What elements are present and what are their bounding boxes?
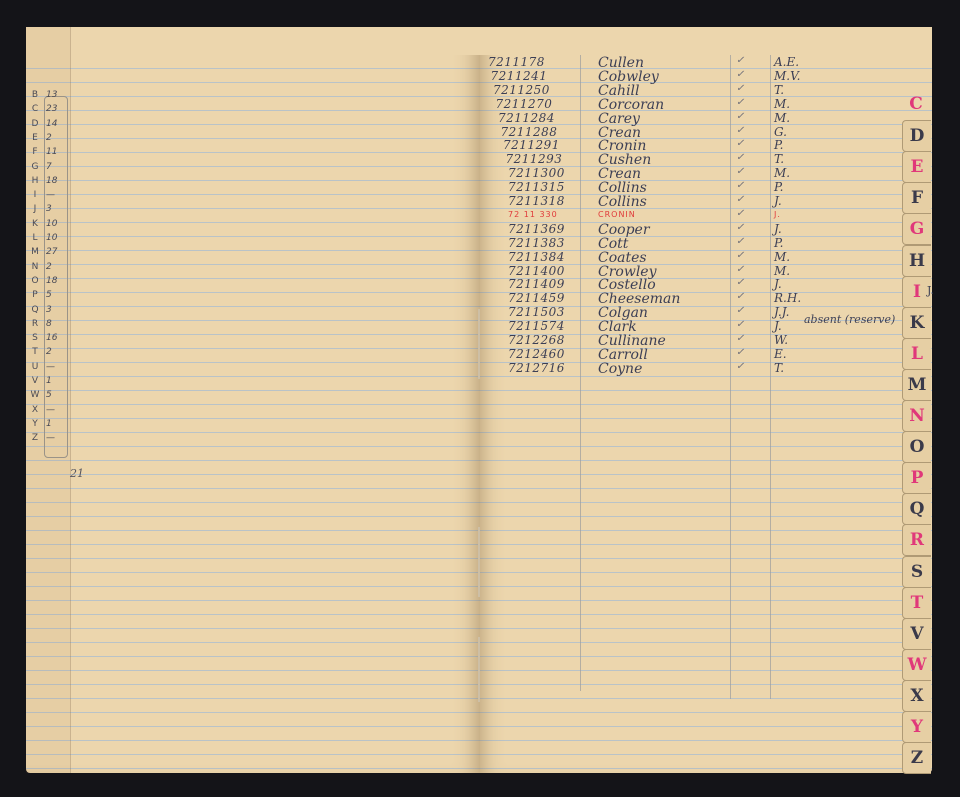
index-letter: Y: [30, 419, 40, 429]
index-tab-g[interactable]: G: [902, 213, 931, 245]
register-entry: 72 11 330CRONIN✓J.: [26, 208, 886, 222]
index-row: V1: [26, 375, 72, 389]
index-tab-h[interactable]: H: [902, 245, 931, 277]
initials: M.: [774, 264, 790, 278]
notebook-spread: B13C23D14E2F11G7H18I—J3K10L10M27N2O18P5Q…: [26, 27, 932, 773]
register-entry: 7211574Clark✓J.: [26, 319, 886, 333]
index-tab-q[interactable]: Q: [902, 493, 931, 525]
service-number: 7211270: [496, 97, 553, 111]
index-tab-s[interactable]: S: [902, 556, 931, 588]
register-entry: 7211288Crean✓G.: [26, 125, 886, 139]
register-entry: 7211293Cushen✓T.: [26, 152, 886, 166]
index-row: X—: [26, 404, 72, 418]
service-number: 7211300: [508, 166, 565, 180]
check-mark-icon: ✓: [736, 55, 744, 66]
service-number: 7211503: [508, 305, 565, 319]
initials: M.: [774, 250, 790, 264]
binding-stitch: [478, 637, 480, 702]
register-entry: 7211400Crowley✓M.: [26, 264, 886, 278]
initials: J.: [774, 210, 781, 219]
register-entry: 7212460Carroll✓E.: [26, 347, 886, 361]
initials: J.: [774, 277, 782, 291]
index-tab-v[interactable]: V: [902, 618, 931, 650]
service-number: 7211178: [488, 55, 545, 69]
index-letter: W: [30, 390, 40, 400]
service-number: 7211288: [501, 125, 558, 139]
check-mark-icon: ✓: [736, 152, 744, 163]
register-entry: 7211270Corcoran✓M.: [26, 97, 886, 111]
index-count: 5: [46, 390, 52, 400]
index-tab-k[interactable]: K: [902, 307, 931, 339]
check-mark-icon: ✓: [736, 305, 744, 316]
initials: M.: [774, 97, 790, 111]
check-mark-icon: ✓: [736, 208, 744, 219]
index-tab-w[interactable]: W: [902, 649, 931, 681]
service-number: 7211459: [508, 291, 565, 305]
service-number: 7211383: [508, 236, 565, 250]
index-tab-n[interactable]: N: [902, 400, 931, 432]
remark-absent: absent (reserve): [804, 313, 895, 326]
service-number: 7211293: [506, 152, 563, 166]
index-count: —: [46, 433, 55, 443]
service-number: 7212716: [508, 361, 565, 375]
check-mark-icon: ✓: [736, 166, 744, 177]
index-letter: V: [30, 376, 40, 386]
index-count: —: [46, 405, 55, 415]
service-number: 7211250: [493, 83, 550, 97]
register-entry: 7211291Cronin✓P.: [26, 138, 886, 152]
service-number: 7211574: [508, 319, 565, 333]
index-tab-o[interactable]: O: [902, 431, 931, 463]
register-entry: 7211384Coates✓M.: [26, 250, 886, 264]
index-tab-f[interactable]: F: [902, 182, 931, 214]
initials: T.: [774, 152, 784, 166]
check-mark-icon: ✓: [736, 69, 744, 80]
initials: T.: [774, 83, 784, 97]
initials: R.H.: [774, 291, 801, 305]
tab-annotation: J.: [927, 284, 934, 297]
register-entry: 7212268Cullinane✓W.: [26, 333, 886, 347]
initials: J.J.: [774, 305, 789, 319]
register-entry: 7211300Crean✓M.: [26, 166, 886, 180]
service-number: 7212268: [508, 333, 565, 347]
check-mark-icon: ✓: [736, 111, 744, 122]
index-tab-c[interactable]: C: [902, 89, 930, 119]
register-entry: 7212716Coyne✓T.: [26, 361, 886, 375]
index-total: 21: [70, 467, 84, 480]
register-entry: 7211284Carey✓M.: [26, 111, 886, 125]
register-entry: 7211318Collins✓J.: [26, 194, 886, 208]
check-mark-icon: ✓: [736, 347, 744, 358]
index-tab-d[interactable]: D: [902, 120, 931, 152]
register-entry: 7211241Cobwley✓M.V.: [26, 69, 886, 83]
register-entry: 7211178Cullen✓A.E.: [26, 55, 886, 69]
service-number: 7211369: [508, 222, 565, 236]
initials: G.: [774, 125, 787, 139]
service-number: 7211291: [503, 138, 560, 152]
index-tab-z[interactable]: Z: [902, 742, 931, 774]
initials: P.: [774, 236, 783, 250]
initials: W.: [774, 333, 788, 347]
service-number: 7211315: [508, 180, 565, 194]
register-entry: 7211383Cott✓P.: [26, 236, 886, 250]
index-count: 1: [46, 376, 52, 386]
register-entry: 7211250Cahill✓T.: [26, 83, 886, 97]
register-entry: 7211369Cooper✓J.: [26, 222, 886, 236]
initials: J.: [774, 194, 782, 208]
check-mark-icon: ✓: [736, 277, 744, 288]
index-tab-t[interactable]: T: [902, 587, 931, 619]
service-number: 7211241: [491, 69, 548, 83]
check-mark-icon: ✓: [736, 180, 744, 191]
initials: M.: [774, 166, 790, 180]
initials: J.: [774, 319, 782, 333]
check-mark-icon: ✓: [736, 291, 744, 302]
check-mark-icon: ✓: [736, 250, 744, 261]
column-rule-name-lower: [580, 351, 581, 691]
check-mark-icon: ✓: [736, 222, 744, 233]
index-tab-p[interactable]: P: [902, 462, 931, 494]
index-letter: Z: [30, 433, 40, 443]
register-entry: 7211503Colgan✓J.J.: [26, 305, 886, 319]
check-mark-icon: ✓: [736, 83, 744, 94]
initials: M.V.: [774, 69, 800, 83]
initials: P.: [774, 180, 783, 194]
check-mark-icon: ✓: [736, 319, 744, 330]
service-number: 7211409: [508, 277, 565, 291]
page-top-margin: [480, 27, 932, 55]
initials: E.: [774, 347, 787, 361]
check-mark-icon: ✓: [736, 97, 744, 108]
initials: M.: [774, 111, 790, 125]
index-tab-x[interactable]: X: [902, 680, 931, 712]
surname: Coyne: [598, 361, 642, 377]
check-mark-icon: ✓: [736, 264, 744, 275]
index-row: Y1: [26, 418, 72, 432]
initials: A.E.: [774, 55, 799, 69]
service-number: 7211318: [508, 194, 565, 208]
index-row: Z—: [26, 432, 72, 446]
index-tab-r[interactable]: R: [902, 524, 931, 556]
index-count: 1: [46, 419, 52, 429]
initials: T.: [774, 361, 784, 375]
service-number: 7211284: [498, 111, 555, 125]
check-mark-icon: ✓: [736, 333, 744, 344]
register-entry: 7211409Costello✓J.: [26, 277, 886, 291]
index-tab-l[interactable]: L: [902, 338, 931, 370]
index-tab-y[interactable]: Y: [902, 711, 931, 743]
check-mark-icon: ✓: [736, 125, 744, 136]
register-entry: 7211315Collins✓P.: [26, 180, 886, 194]
check-mark-icon: ✓: [736, 361, 744, 372]
initials: P.: [774, 138, 783, 152]
service-number: 72 11 330: [508, 210, 558, 219]
binding-stitch: [478, 527, 480, 597]
index-row: W5: [26, 389, 72, 403]
index-tab-e[interactable]: E: [902, 151, 931, 183]
service-number: 7211400: [508, 264, 565, 278]
page-top-margin: [26, 27, 480, 55]
surname: CRONIN: [598, 210, 636, 219]
check-mark-icon: ✓: [736, 236, 744, 247]
register-entry: 7211459Cheeseman✓R.H.: [26, 291, 886, 305]
index-tab-m[interactable]: M: [902, 369, 931, 401]
initials: J.: [774, 222, 782, 236]
check-mark-icon: ✓: [736, 194, 744, 205]
check-mark-icon: ✓: [736, 138, 744, 149]
index-letter: X: [30, 405, 40, 415]
service-number: 7212460: [508, 347, 565, 361]
service-number: 7211384: [508, 250, 565, 264]
